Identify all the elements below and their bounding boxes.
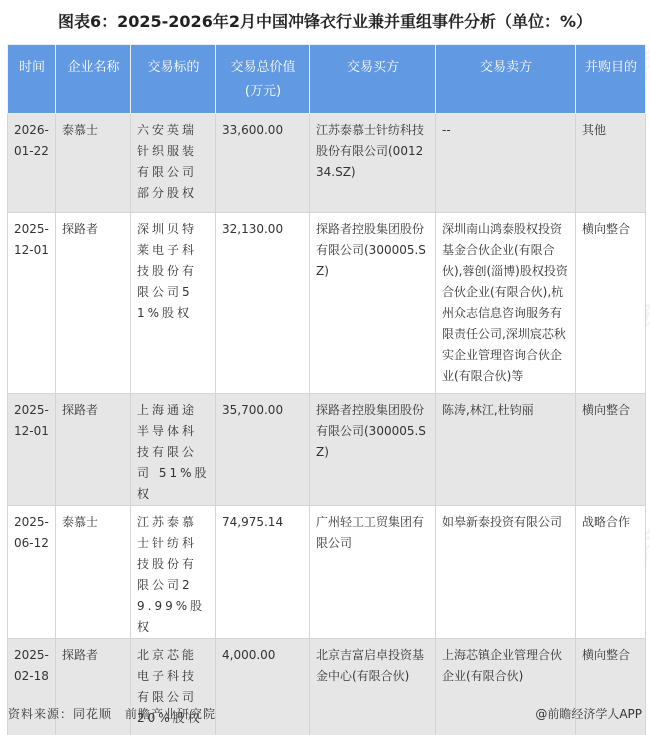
cell-purpose: 战略合作 xyxy=(576,506,646,639)
header-company: 企业名称 xyxy=(56,45,131,114)
cell-date: 2025-12-01 xyxy=(8,394,56,506)
cell-date: 2026-01-22 xyxy=(8,114,56,213)
cell-company: 探路者 xyxy=(56,394,131,506)
cell-date: 2025-06-12 xyxy=(8,506,56,639)
cell-buyer: 探路者控股集团股份有限公司(300005.SZ) xyxy=(310,213,436,394)
cell-buyer: 江苏泰慕士针纺科技股份有限公司(001234.SZ) xyxy=(310,114,436,213)
cell-buyer: 广州轻工工贸集团有限公司 xyxy=(310,506,436,639)
cell-company: 探路者 xyxy=(56,213,131,394)
table-row: 2025-06-12 泰慕士 江苏泰慕士针纺科技股份有限公司29.99%股权 7… xyxy=(8,506,646,639)
table-row: 2025-12-01 探路者 上海通途半导体科技有限公司 51%股权 35,70… xyxy=(8,394,646,506)
cell-value: 4,000.00 xyxy=(216,639,310,735)
cell-buyer: 探路者控股集团股份有限公司(300005.SZ) xyxy=(310,394,436,506)
cell-target: 上海通途半导体科技有限公司 51%股权 xyxy=(131,394,216,506)
cell-seller: 陈涛,林江,杜钧丽 xyxy=(436,394,576,506)
header-row: 时间 企业名称 交易标的 交易总价值(万元) 交易买方 交易卖方 并购目的 xyxy=(8,45,646,114)
header-buyer: 交易买方 xyxy=(310,45,436,114)
cell-target: 江苏泰慕士针纺科技股份有限公司29.99%股权 xyxy=(131,506,216,639)
header-value: 交易总价值(万元) xyxy=(216,45,310,114)
table-row: 2025-12-01 探路者 深圳贝特莱电子科技股份有限公司51%股权 32,1… xyxy=(8,213,646,394)
cell-purpose: 其他 xyxy=(576,114,646,213)
ma-events-table: 时间 企业名称 交易标的 交易总价值(万元) 交易买方 交易卖方 并购目的 20… xyxy=(7,44,646,735)
cell-seller: 如皋新泰投资有限公司 xyxy=(436,506,576,639)
source-note: 资料来源：同花顺 前瞻产业研究院 xyxy=(8,705,216,722)
header-seller: 交易卖方 xyxy=(436,45,576,114)
header-date: 时间 xyxy=(8,45,56,114)
cell-value: 33,600.00 xyxy=(216,114,310,213)
cell-value: 35,700.00 xyxy=(216,394,310,506)
cell-seller: -- xyxy=(436,114,576,213)
table-row: 2026-01-22 泰慕士 六安英瑞针织服装有限公司部分股权 33,600.0… xyxy=(8,114,646,213)
cell-company: 泰慕士 xyxy=(56,114,131,213)
cell-buyer: 北京吉富启卓投资基金中心(有限合伙) xyxy=(310,639,436,735)
header-target: 交易标的 xyxy=(131,45,216,114)
cell-target: 六安英瑞针织服装有限公司部分股权 xyxy=(131,114,216,213)
chart-title: 图表6：2025-2026年2月中国冲锋衣行业兼并重组事件分析（单位：%） xyxy=(0,9,650,32)
cell-purpose: 横向整合 xyxy=(576,394,646,506)
cell-value: 74,975.14 xyxy=(216,506,310,639)
cell-date: 2025-12-01 xyxy=(8,213,56,394)
cell-target: 深圳贝特莱电子科技股份有限公司51%股权 xyxy=(131,213,216,394)
brand-credit: @前瞻经济学人APP xyxy=(535,705,642,722)
cell-value: 32,130.00 xyxy=(216,213,310,394)
cell-seller: 深圳南山鸿泰股权投资基金合伙企业(有限合伙),蓉创(淄博)股权投资合伙企业(有限… xyxy=(436,213,576,394)
cell-purpose: 横向整合 xyxy=(576,213,646,394)
cell-company: 泰慕士 xyxy=(56,506,131,639)
header-purpose: 并购目的 xyxy=(576,45,646,114)
